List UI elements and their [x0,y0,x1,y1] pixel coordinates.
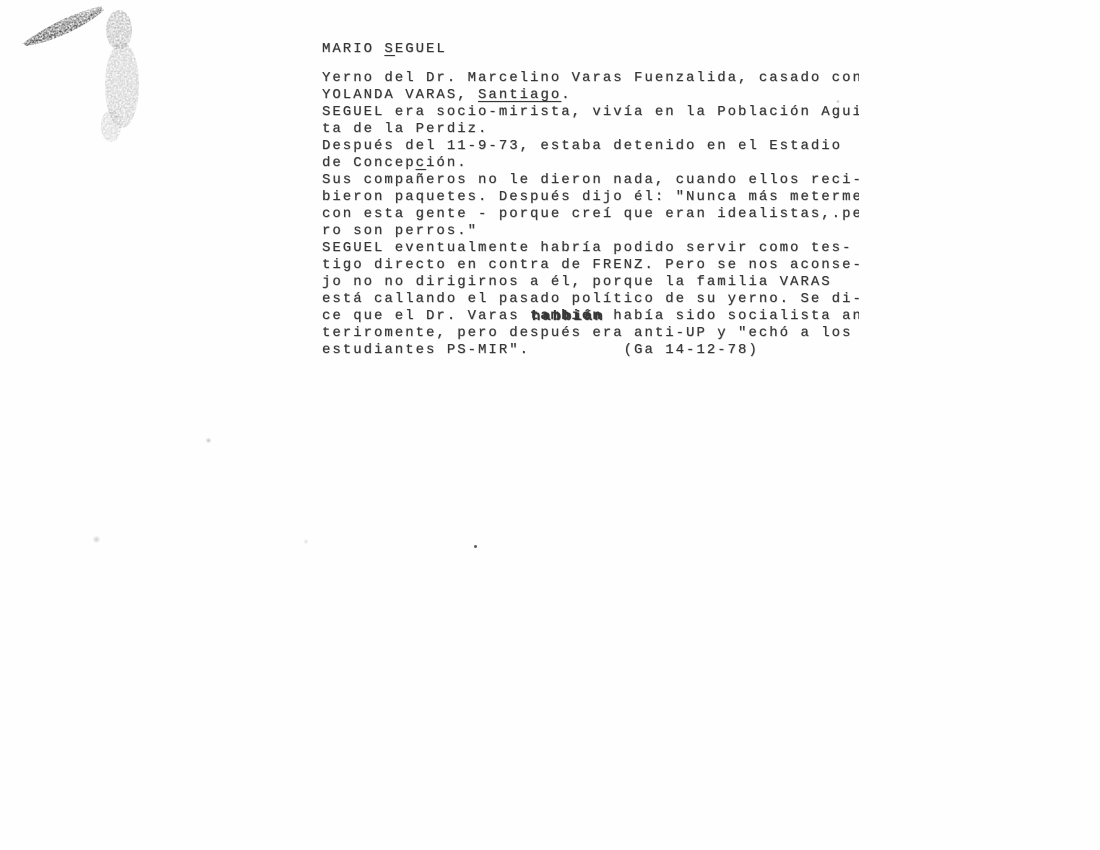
text-line: ro son perros." [322,223,859,240]
text-line: bieron paquetes. Después dijo él: "Nunca… [322,189,859,206]
text-line: SEGUEL eventualmente habría podido servi… [322,240,859,257]
text-segment: está callando el pasado político de su y… [322,291,859,307]
scan-speck [205,438,212,443]
scan-speck [474,545,477,548]
text-line: SEGUEL era socio-mirista, vivía en la Po… [322,104,859,121]
text-segment: Después del 11-9-73, estaba detenido en … [322,138,842,154]
text-line: estudiantes PS-MIR". (Ga 14-12-78) [322,342,859,359]
text-segment: tigo directo en contra de FRENZ. Pero se… [322,257,859,273]
text-segment: de Concep [322,155,416,171]
scan-smudge-artifact [0,0,220,160]
text-line: Después del 11-9-73, estaba detenido en … [322,138,859,155]
text-segment: ión. [426,155,468,171]
scan-speck [303,539,309,544]
text-line: tigo directo en contra de FRENZ. Pero se… [322,257,859,274]
document-body: Yerno del Dr. Marcelino Varas Fuenzalida… [322,70,859,362]
text-segment: ro son perros." [322,223,478,239]
text-line: de Concepción. [322,155,859,172]
text-segment: Sus compañeros no le dieron nada, cuando… [322,172,859,188]
overstruck-text: también [530,308,603,324]
text-line: con esta gente - porque creí que eran id… [322,206,859,223]
text-line: YOLANDA VARAS, Santiago. [322,87,859,104]
text-segment: jo no no dirigirnos a él, porque la fami… [322,274,832,290]
text-segment: Yerno del Dr. Marcelino Varas Fuenzalida… [322,70,859,86]
scan-speck [92,536,101,543]
text-segment: estudiantes PS-MIR". (Ga 14-12-78) [322,342,759,358]
text-segment: con esta gente - porque creí que eran id… [322,206,859,222]
text-line: ce que el Dr. Varas también había sido s… [322,308,859,325]
scanned-document-page: MARIO SEGUEL Yerno del Dr. Marcelino Var… [0,0,1100,850]
text-line: ta de la Perdiz. [322,121,859,138]
text-line: Sus compañeros no le dieron nada, cuando… [322,172,859,189]
document-title: MARIO SEGUEL [322,41,859,61]
text-line: teriromente, pero después era anti-UP y … [322,325,859,342]
text-line: está callando el pasado político de su y… [322,291,859,308]
underlined-text: Santiago [478,87,561,103]
underlined-text: c [416,155,426,171]
text-segment: EGUEL [395,41,447,57]
text-segment: había sido socialista an [603,308,859,324]
text-segment: . [561,87,571,103]
text-segment: SEGUEL era socio-mirista, vivía en la Po… [322,104,859,120]
text-segment: YOLANDA VARAS, [322,87,478,103]
text-segment: SEGUEL eventualmente habría podido servi… [322,240,852,256]
text-segment: ta de la Perdiz. [322,121,488,137]
text-segment: teriromente, pero después era anti-UP y … [322,325,852,341]
text-line: jo no no dirigirnos a él, porque la fami… [322,274,859,291]
underlined-text: S [384,41,394,57]
text-segment: bieron paquetes. Después dijo él: "Nunca… [322,189,859,205]
text-segment: ce que el Dr. Varas [322,308,530,324]
text-line: Yerno del Dr. Marcelino Varas Fuenzalida… [322,70,859,87]
text-segment: MARIO [322,41,384,57]
